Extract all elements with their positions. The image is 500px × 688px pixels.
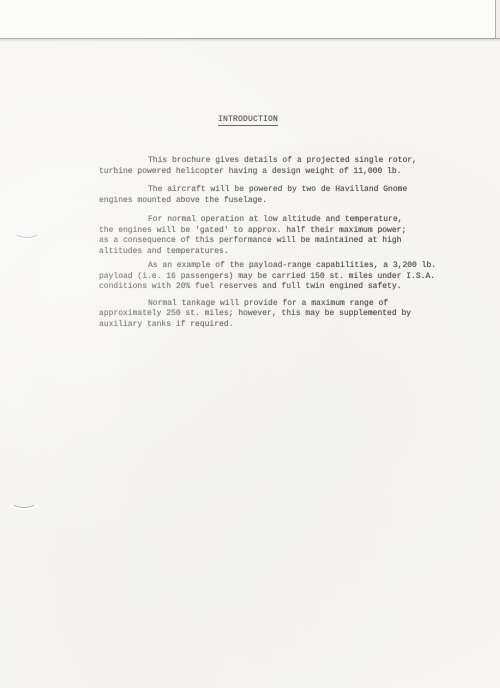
document-content: INTRODUCTION This brochure gives details… bbox=[99, 0, 451, 330]
scanned-page: INTRODUCTION This brochure gives details… bbox=[0, 0, 500, 688]
paragraph-line: For normal operation at low altitude and… bbox=[99, 215, 451, 226]
paragraph: For normal operation at low altitude and… bbox=[99, 215, 451, 257]
page-corner-background bbox=[496, 0, 500, 38]
paragraph-line: conditions with 20% fuel reserves and fu… bbox=[99, 282, 451, 293]
paragraph-line: engines mounted above the fuselage. bbox=[99, 196, 451, 207]
punch-hole-mark-bottom bbox=[11, 496, 37, 508]
paragraph: This brochure gives details of a project… bbox=[99, 156, 451, 177]
paragraph-line: as a consequence of this performance wil… bbox=[99, 236, 451, 247]
paragraph-line: Normal tankage will provide for a maximu… bbox=[99, 299, 451, 310]
paragraph-line: approximately 250 st. miles; however, th… bbox=[99, 309, 451, 320]
paragraph-line: As an example of the payload-range capab… bbox=[99, 261, 451, 272]
paragraph: As an example of the payload-range capab… bbox=[99, 261, 451, 293]
paragraph-line: turbine powered helicopter having a desi… bbox=[99, 167, 451, 178]
document-paragraphs: This brochure gives details of a project… bbox=[99, 156, 451, 330]
paragraph-line: altitudes and temperatures. bbox=[99, 247, 451, 258]
paragraph-line: the engines will be 'gated' to approx. h… bbox=[99, 226, 451, 237]
paragraph-line: This brochure gives details of a project… bbox=[99, 156, 451, 167]
paragraph-line: payload (i.e. 16 passengers) may be carr… bbox=[99, 272, 451, 283]
page-title: INTRODUCTION bbox=[218, 115, 278, 126]
paragraph-line: The aircraft will be powered by two de H… bbox=[99, 185, 451, 196]
paragraph: The aircraft will be powered by two de H… bbox=[99, 185, 451, 206]
punch-hole-mark-top bbox=[14, 226, 40, 238]
paragraph-line: auxiliary tanks if required. bbox=[99, 320, 451, 331]
paragraph: Normal tankage will provide for a maximu… bbox=[99, 299, 451, 331]
